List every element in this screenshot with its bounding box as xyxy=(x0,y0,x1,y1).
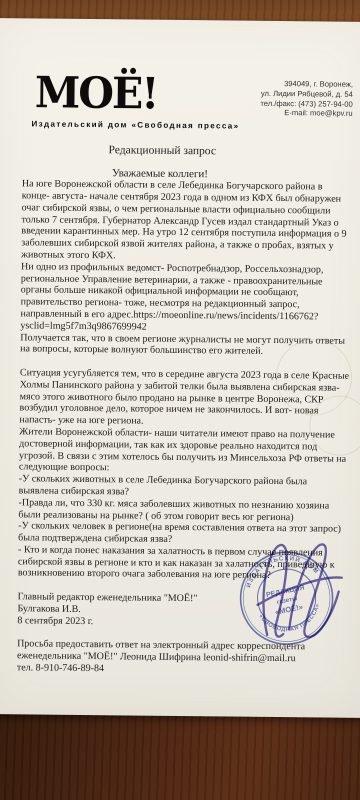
question-meat-sold: -Правда ли, что 330 кг. мяса заболевших … xyxy=(18,497,348,524)
publisher-tagline: Издательский дом «Свободная пресса» xyxy=(31,120,352,132)
paragraph-earlier-case: Ситуация усугубляется тем, что в середин… xyxy=(19,367,350,429)
letterhead: МОЁ! 394049, г. Воронеж, ул. Лидии Рябце… xyxy=(22,72,353,132)
paragraph-outbreak: На юге Воронежской области в селе Лебеди… xyxy=(21,179,352,265)
letterhead-contact: 394049, г. Воронеж, ул. Лидии Рябцевой, … xyxy=(260,79,353,119)
document-title: Редакционный запрос xyxy=(0,143,327,158)
contact-street: ул. Лидии Рябцевой, д. 54 xyxy=(260,89,352,100)
publisher-logo: МОЁ! xyxy=(35,71,158,114)
letter-document: МОЁ! 394049, г. Воронеж, ул. Лидии Рябце… xyxy=(0,18,360,718)
photo-scene: МОЁ! 394049, г. Воронеж, ул. Лидии Рябце… xyxy=(0,0,360,800)
handwritten-signature-icon xyxy=(245,531,346,654)
paragraph-agencies-silent: Ни одно из профильных ведомст- Роспотреб… xyxy=(20,261,351,335)
footer-phone: тел. 8-910-746-89-84 xyxy=(17,662,347,677)
contact-phone-fax: тел./факс: (473) 257-94-00 xyxy=(260,98,352,109)
question-animals-count: -У скольких животных в селе Лебединка Бо… xyxy=(19,473,349,500)
paragraph-readers-rights: Жители Воронежской области- наши читател… xyxy=(19,426,349,477)
paragraph-no-answers: Получается так, что в своем регионе журн… xyxy=(20,332,350,359)
contact-email: E-mail: moe@kpv.ru xyxy=(260,108,352,119)
